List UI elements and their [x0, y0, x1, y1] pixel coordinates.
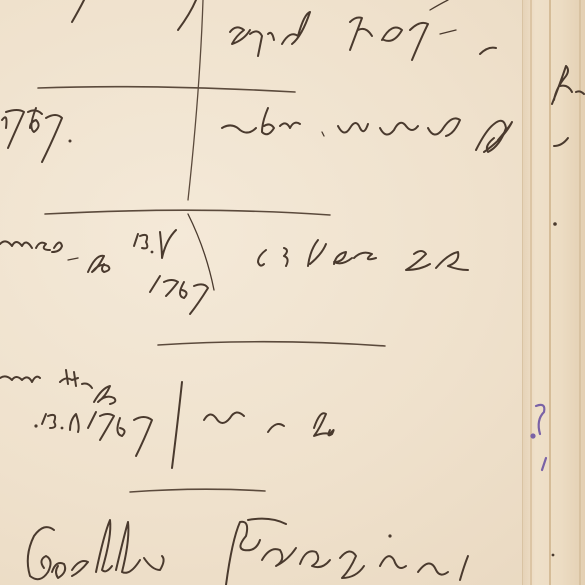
manuscript-page: (shorthand) 2gyl vk Zlgf – …1767. (short…	[0, 0, 585, 585]
row-3-shorthand	[204, 412, 334, 436]
row-1-shorthand	[222, 108, 506, 152]
horizontal-rule	[38, 87, 295, 92]
row-1-date	[2, 108, 72, 162]
footer-signature	[28, 519, 468, 585]
row-2-left	[0, 214, 214, 314]
handwriting-layer	[0, 0, 585, 585]
row-2-shorthand	[258, 240, 468, 270]
horizontal-rule	[130, 489, 265, 492]
horizontal-rule	[158, 342, 385, 346]
column-divider	[188, 0, 203, 200]
header-shorthand	[72, 0, 456, 60]
row-3-left	[0, 370, 182, 468]
